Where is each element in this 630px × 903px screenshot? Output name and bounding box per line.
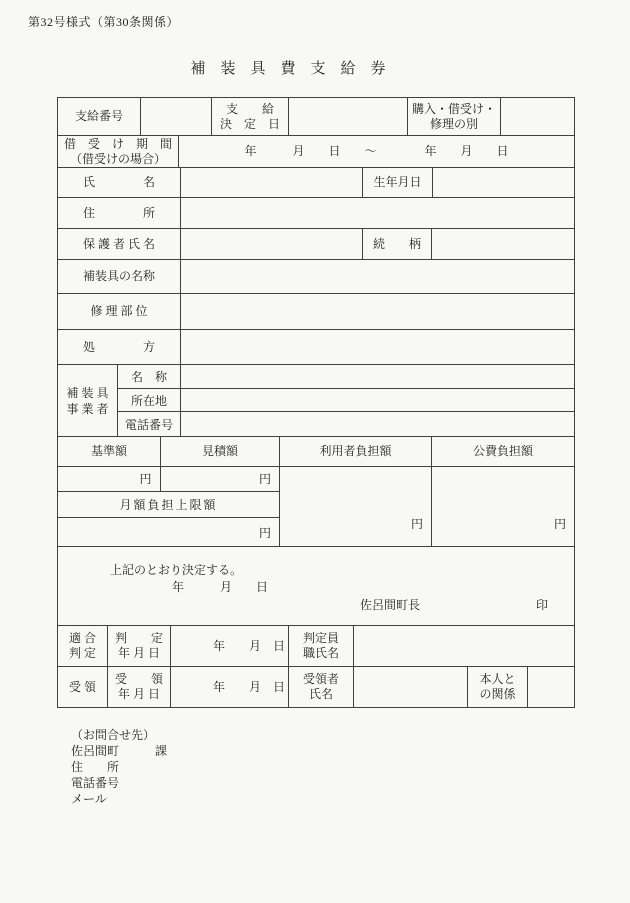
recipient-relation-label: 本人と の関係 [468, 667, 528, 707]
vendor-name-field [181, 365, 574, 388]
kubun-label-line2: 修理の別 [430, 117, 478, 132]
row-prescription: 処 方 [58, 330, 574, 365]
vendor-name-label: 名 称 [118, 365, 181, 388]
recipient-name-label-line2: 氏名 [309, 687, 333, 702]
vendor-name-row: 名 称 [118, 365, 574, 389]
row-repair-part: 修 理 部 位 [58, 294, 574, 330]
vendor-rows: 名 称 所在地 電話番号 [118, 365, 574, 436]
name-field [181, 168, 363, 197]
public-burden-label: 公費負担額 [432, 437, 574, 466]
contact-email: メール [71, 791, 167, 807]
decision-signature-line: 佐呂間町長 印 [110, 597, 574, 614]
user-burden-label: 利用者負担額 [280, 437, 432, 466]
relation-field [432, 229, 574, 259]
estimate-amount-field: 円 [161, 467, 279, 491]
kariuke-kikan-label: 借 受 け 期 間 （借受けの場合） [58, 136, 179, 167]
row-tekigo-hantei: 適 合 判 定 判 定 年 月 日 年 月 日 判定員 職氏名 [58, 626, 574, 667]
tekigo-label-line2: 判 定 [69, 646, 96, 661]
recipient-name-label: 受領者 氏名 [289, 667, 354, 707]
shikyu-bango-field [141, 98, 212, 135]
birth-date-label: 生年月日 [363, 168, 433, 197]
vendor-section: 補 装 具 事 業 者 名 称 所在地 電話番号 [58, 365, 574, 437]
decision-section: 上記のとおり決定する。 年 月 日 佐呂間町長 印 [58, 547, 574, 626]
repair-part-label: 修 理 部 位 [58, 294, 181, 329]
decision-date: 年 月 日 [172, 579, 574, 596]
device-name-field [181, 260, 574, 293]
row-device-name: 補装具の名称 [58, 260, 574, 294]
contact-phone: 電話番号 [71, 775, 167, 791]
row-name: 氏 名 生年月日 [58, 168, 574, 198]
shikyu-bango-label: 支給番号 [58, 98, 141, 135]
row-kariuke-kikan: 借 受 け 期 間 （借受けの場合） 年 月 日 ～ 年 月 日 [58, 136, 574, 168]
monthly-cap-field: 円 [58, 518, 279, 546]
vendor-phone-row: 電話番号 [118, 412, 574, 436]
base-amount-label: 基準額 [58, 437, 161, 466]
mayor-title: 佐呂間町長 [360, 597, 420, 614]
form-number: 第32号様式（第30条関係） [28, 13, 179, 30]
row-juryo: 受 領 受 領 年 月 日 年 月 日 受領者 氏名 本人と の関係 [58, 667, 574, 707]
contact-town-section: 佐呂間町 課 [71, 743, 167, 759]
address-field [181, 198, 574, 228]
juryo-date-label-line2: 年 月 日 [118, 687, 160, 702]
vendor-label: 補 装 具 事 業 者 [58, 365, 118, 436]
hantei-staff-label: 判定員 職氏名 [289, 626, 354, 666]
amounts-yen-row: 円 円 [58, 467, 279, 492]
address-label: 住 所 [58, 198, 181, 228]
contact-address: 住 所 [71, 759, 167, 775]
form-sheet: 第32号様式（第30条関係） 補 装 具 費 支 給 券 支給番号 支 給 決 … [0, 0, 630, 903]
kubun-label-line1: 購入・借受け・ [412, 102, 496, 117]
hantei-staff-field [354, 626, 574, 666]
juryo-date-label-line1: 受 領 [115, 672, 163, 687]
hantei-date-label: 判 定 年 月 日 [108, 626, 171, 666]
juryo-date-field: 年 月 日 [171, 667, 289, 707]
name-label: 氏 名 [58, 168, 181, 197]
public-burden-field: 円 [432, 467, 574, 546]
amounts-header-row: 基準額 見積額 利用者負担額 公費負担額 [58, 437, 574, 467]
row-guardian: 保 護 者 氏 名 続 柄 [58, 229, 574, 260]
repair-part-field [181, 294, 574, 329]
contact-block: （お問合せ先） 佐呂間町 課 住 所 電話番号 メール [71, 727, 167, 807]
voucher-table: 支給番号 支 給 決 定 日 購入・借受け・ 修理の別 借 受 け 期 間 （借… [57, 97, 575, 708]
birth-date-field [433, 168, 574, 197]
recipient-relation-field [528, 667, 574, 707]
hantei-date-label-line2: 年 月 日 [118, 646, 160, 661]
vendor-label-line2: 事 業 者 [66, 401, 108, 417]
vendor-address-label: 所在地 [118, 389, 181, 412]
kettei-date-label-line1: 支 給 [226, 102, 274, 117]
document-title: 補 装 具 費 支 給 券 [0, 57, 576, 78]
hantei-date-field: 年 月 日 [171, 626, 289, 666]
kettei-date-label-line2: 決 定 日 [220, 117, 280, 132]
recipient-name-field [354, 667, 468, 707]
vendor-phone-label: 電話番号 [118, 412, 181, 436]
kubun-field [501, 98, 574, 135]
prescription-label: 処 方 [58, 330, 181, 364]
juryo-date-label: 受 領 年 月 日 [108, 667, 171, 707]
guardian-name-field [181, 229, 363, 259]
row-shikyu-bango: 支給番号 支 給 決 定 日 購入・借受け・ 修理の別 [58, 98, 574, 136]
vendor-address-field [181, 389, 574, 412]
kettei-date-field [289, 98, 408, 135]
vendor-label-line1: 補 装 具 [66, 385, 108, 401]
contact-heading: （お問合せ先） [71, 727, 167, 743]
prescription-field [181, 330, 574, 364]
device-name-label: 補装具の名称 [58, 260, 181, 293]
decision-statement: 上記のとおり決定する。 [110, 562, 574, 579]
kettei-date-label: 支 給 決 定 日 [212, 98, 289, 135]
public-burden-yen: 円 [554, 515, 566, 532]
recipient-relation-label-line2: の関係 [479, 687, 515, 702]
amounts-body: 円 円 月額負担上限額 円 円 円 [58, 467, 574, 547]
recipient-name-label-line1: 受領者 [303, 672, 339, 687]
monthly-cap-label: 月額負担上限額 [58, 492, 279, 519]
estimate-amount-label: 見積額 [161, 437, 280, 466]
base-amount-field: 円 [58, 467, 161, 491]
user-burden-field: 円 [280, 467, 432, 546]
hantei-staff-label-line2: 職氏名 [303, 646, 339, 661]
tekigo-label: 適 合 判 定 [58, 626, 108, 666]
seal-mark: 印 [536, 597, 548, 614]
vendor-address-row: 所在地 [118, 389, 574, 413]
hantei-staff-label-line1: 判定員 [303, 631, 339, 646]
hantei-date-label-line1: 判 定 [115, 631, 163, 646]
kariuke-kikan-field: 年 月 日 ～ 年 月 日 [179, 136, 574, 167]
recipient-relation-label-line1: 本人と [479, 672, 515, 687]
vendor-phone-field [181, 412, 574, 436]
user-burden-yen: 円 [411, 515, 423, 532]
relation-label: 続 柄 [363, 229, 432, 259]
kariuke-kikan-label-line1: 借 受 け 期 間 [64, 137, 172, 152]
guardian-name-label: 保 護 者 氏 名 [58, 229, 181, 259]
kariuke-kikan-label-line2: （借受けの場合） [70, 152, 166, 167]
juryo-label: 受 領 [58, 667, 108, 707]
tekigo-label-line1: 適 合 [69, 631, 96, 646]
kubun-label: 購入・借受け・ 修理の別 [408, 98, 501, 135]
amounts-left: 円 円 月額負担上限額 円 [58, 467, 280, 546]
row-address: 住 所 [58, 198, 574, 229]
